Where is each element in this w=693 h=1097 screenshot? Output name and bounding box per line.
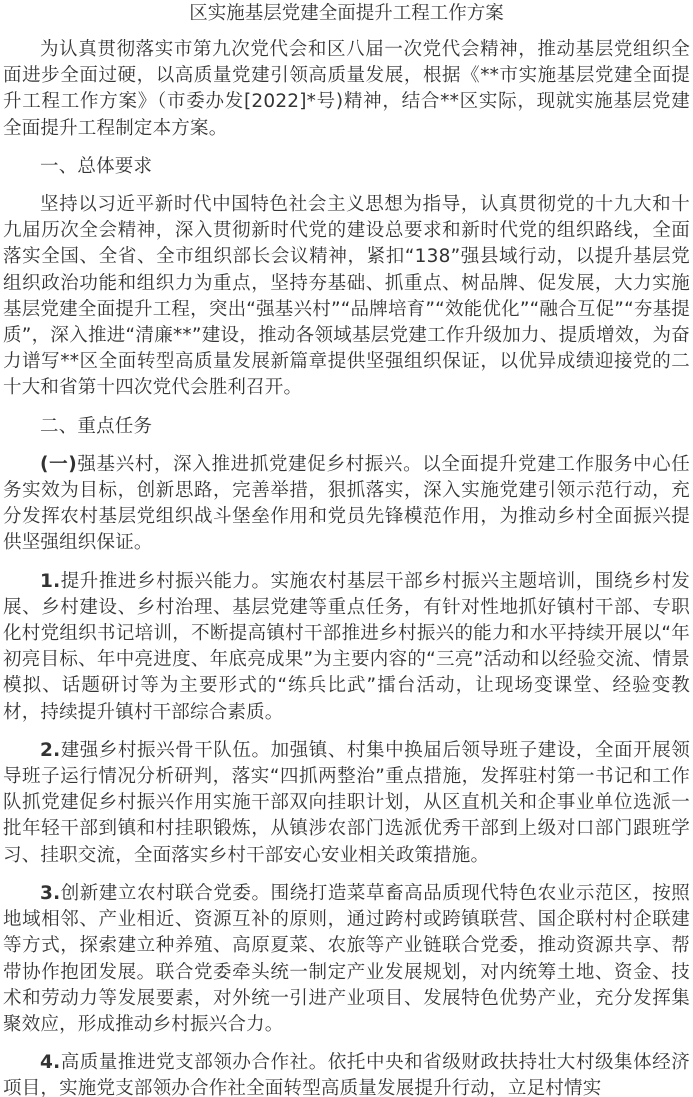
task-text: 创新建立农村联合党委。围绕打造菜草畜高品质现代特色农业示范区，按照地域相邻、产业… bbox=[3, 883, 690, 1035]
task-item-4: 4.高质量推进党支部领办合作社。依托中央和省级财政扶持壮大村级集体经济项目，实施… bbox=[3, 1050, 690, 1097]
task-number: 3. bbox=[40, 883, 60, 904]
task-text: 高质量推进党支部领办合作社。依托中央和省级财政扶持壮大村级集体经济项目，实施党支… bbox=[3, 1052, 690, 1097]
subsection-label: (一) bbox=[40, 454, 77, 475]
subsection-paragraph-1: (一)强基兴村，深入推进抓党建促乡村振兴。以全面提升党建工作服务中心任务实效为目… bbox=[3, 452, 690, 557]
intro-paragraph: 为认真贯彻落实市第九次党代会和区八届一次党代会精神，推动基层党组织全面进步全面过… bbox=[3, 37, 690, 142]
document-title: 区实施基层党建全面提升工程工作方案 bbox=[3, 1, 690, 27]
task-item-2: 2.建强乡村振兴骨干队伍。加强镇、村集中换届后领导班子建设，全面开展领导班子运行… bbox=[3, 738, 690, 869]
task-text: 建强乡村振兴骨干队伍。加强镇、村集中换届后领导班子建设，全面开展领导班子运行情况… bbox=[3, 740, 690, 866]
section-heading-general-requirements: 一、总体要求 bbox=[3, 154, 690, 180]
subsection-text: 强基兴村，深入推进抓党建促乡村振兴。以全面提升党建工作服务中心任务实效为目标，创… bbox=[3, 454, 690, 554]
task-text: 提升推进乡村振兴能力。实施农村基层干部乡村振兴主题培训，围绕乡村发展、乡村建设、… bbox=[3, 571, 690, 723]
section-heading-key-tasks: 二、重点任务 bbox=[3, 414, 690, 440]
document: 区实施基层党建全面提升工程工作方案 为认真贯彻落实市第九次党代会和区八届一次党代… bbox=[0, 1, 693, 1097]
task-number: 2. bbox=[40, 740, 60, 761]
task-item-1: 1.提升推进乡村振兴能力。实施农村基层干部乡村振兴主题培训，围绕乡村发展、乡村建… bbox=[3, 569, 690, 726]
task-number: 1. bbox=[40, 571, 60, 592]
general-requirements-paragraph: 坚持以习近平新时代中国特色社会主义思想为指导，认真贯彻党的十九大和十九届历次全会… bbox=[3, 192, 690, 402]
task-item-3: 3.创新建立农村联合党委。围绕打造菜草畜高品质现代特色农业示范区，按照地域相邻、… bbox=[3, 881, 690, 1038]
task-number: 4. bbox=[40, 1052, 60, 1073]
